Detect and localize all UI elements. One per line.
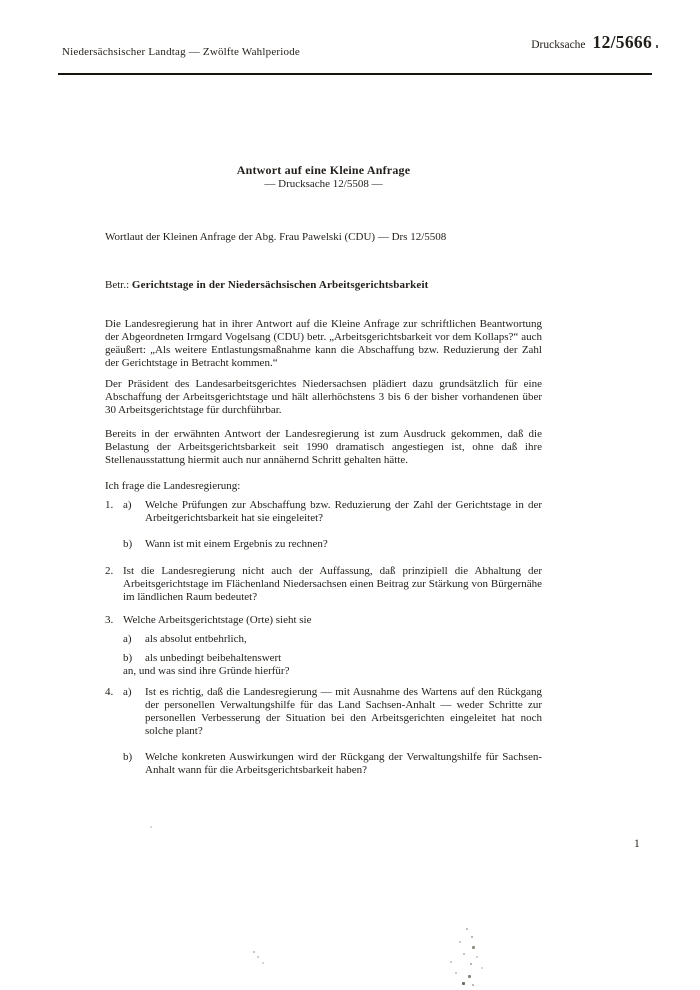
question-part: a) Welche Prüfungen zur Abschaffung bzw.… <box>123 499 542 525</box>
betreff-label: Betr.: <box>105 279 129 291</box>
part-text: als absolut entbehrlich, <box>145 633 542 646</box>
page-number: 1 <box>634 838 640 851</box>
paragraph: Bereits in der erwähnten Antwort der Lan… <box>105 428 542 467</box>
drucksache-number: 12/5666 <box>593 36 652 49</box>
part-label: a) <box>123 633 132 646</box>
question-intro: Ich frage die Landesregierung: <box>105 480 542 493</box>
betreff-text: Gerichtstage in der Niedersächsischen Ar… <box>132 279 429 291</box>
question-part: b) Welche konkreten Auswirkungen wird de… <box>123 751 542 777</box>
title-block: Antwort auf eine Kleine Anfrage — Drucks… <box>105 164 542 191</box>
part-text: Ist es richtig, daß die Landesregierung … <box>145 686 542 738</box>
question-part: a) Ist es richtig, daß die Landesregieru… <box>123 686 542 738</box>
question-number: 4. <box>105 686 113 699</box>
part-label: a) <box>123 686 132 699</box>
question-item-4: 4. a) Ist es richtig, daß die Landesregi… <box>105 686 542 777</box>
scan-speck <box>656 45 658 48</box>
question-item-1: 1. a) Welche Prüfungen zur Abschaffung b… <box>105 499 542 551</box>
betreff-line: Betr.: Gerichtstage in der Niedersächsis… <box>105 279 542 292</box>
header-rule <box>58 73 652 75</box>
doc-subtitle: — Drucksache 12/5508 — <box>105 178 542 191</box>
document-page: Niedersächsischer Landtag — Zwölfte Wahl… <box>0 0 700 990</box>
question-suffix: an, und was sind ihre Gründe hierfür? <box>123 665 542 678</box>
question-item-2: 2. Ist die Landesregierung nicht auch de… <box>105 565 542 604</box>
question-number: 1. <box>105 499 113 512</box>
part-label: b) <box>123 538 132 551</box>
question-number: 2. <box>105 565 113 578</box>
part-label: a) <box>123 499 132 512</box>
part-text: als unbedingt beibehaltenswert <box>145 652 542 665</box>
question-part: b) Wann ist mit einem Ergebnis zu rechne… <box>123 538 542 551</box>
paragraph: Die Landesregierung hat in ihrer Antwort… <box>105 318 542 370</box>
doc-title: Antwort auf eine Kleine Anfrage <box>105 164 542 177</box>
question-part: b) als unbedingt beibehaltenswert <box>123 652 542 665</box>
question-text: Welche Arbeitsgerichtstage (Orte) sieht … <box>123 614 542 627</box>
part-label: b) <box>123 652 132 665</box>
question-number: 3. <box>105 614 113 627</box>
part-text: Welche konkreten Auswirkungen wird der R… <box>145 751 542 777</box>
header-left-text: Niedersächsischer Landtag — Zwölfte Wahl… <box>62 46 300 59</box>
part-text: Welche Prüfungen zur Abschaffung bzw. Re… <box>145 499 542 525</box>
question-item-3: 3. Welche Arbeitsgerichtstage (Orte) sie… <box>105 614 542 678</box>
question-text: Ist die Landesregierung nicht auch der A… <box>123 565 542 604</box>
paragraph: Der Präsident des Landesarbeitsgerichtes… <box>105 378 542 417</box>
part-label: b) <box>123 751 132 764</box>
questions-list: 1. a) Welche Prüfungen zur Abschaffung b… <box>105 499 542 777</box>
part-text: Wann ist mit einem Ergebnis zu rechnen? <box>145 538 542 551</box>
intro-line: Wortlaut der Kleinen Anfrage der Abg. Fr… <box>105 231 542 244</box>
header-right: Drucksache 12/5666 <box>531 36 652 52</box>
drucksache-label: Drucksache <box>531 39 585 52</box>
question-part: a) als absolut entbehrlich, <box>123 633 542 646</box>
